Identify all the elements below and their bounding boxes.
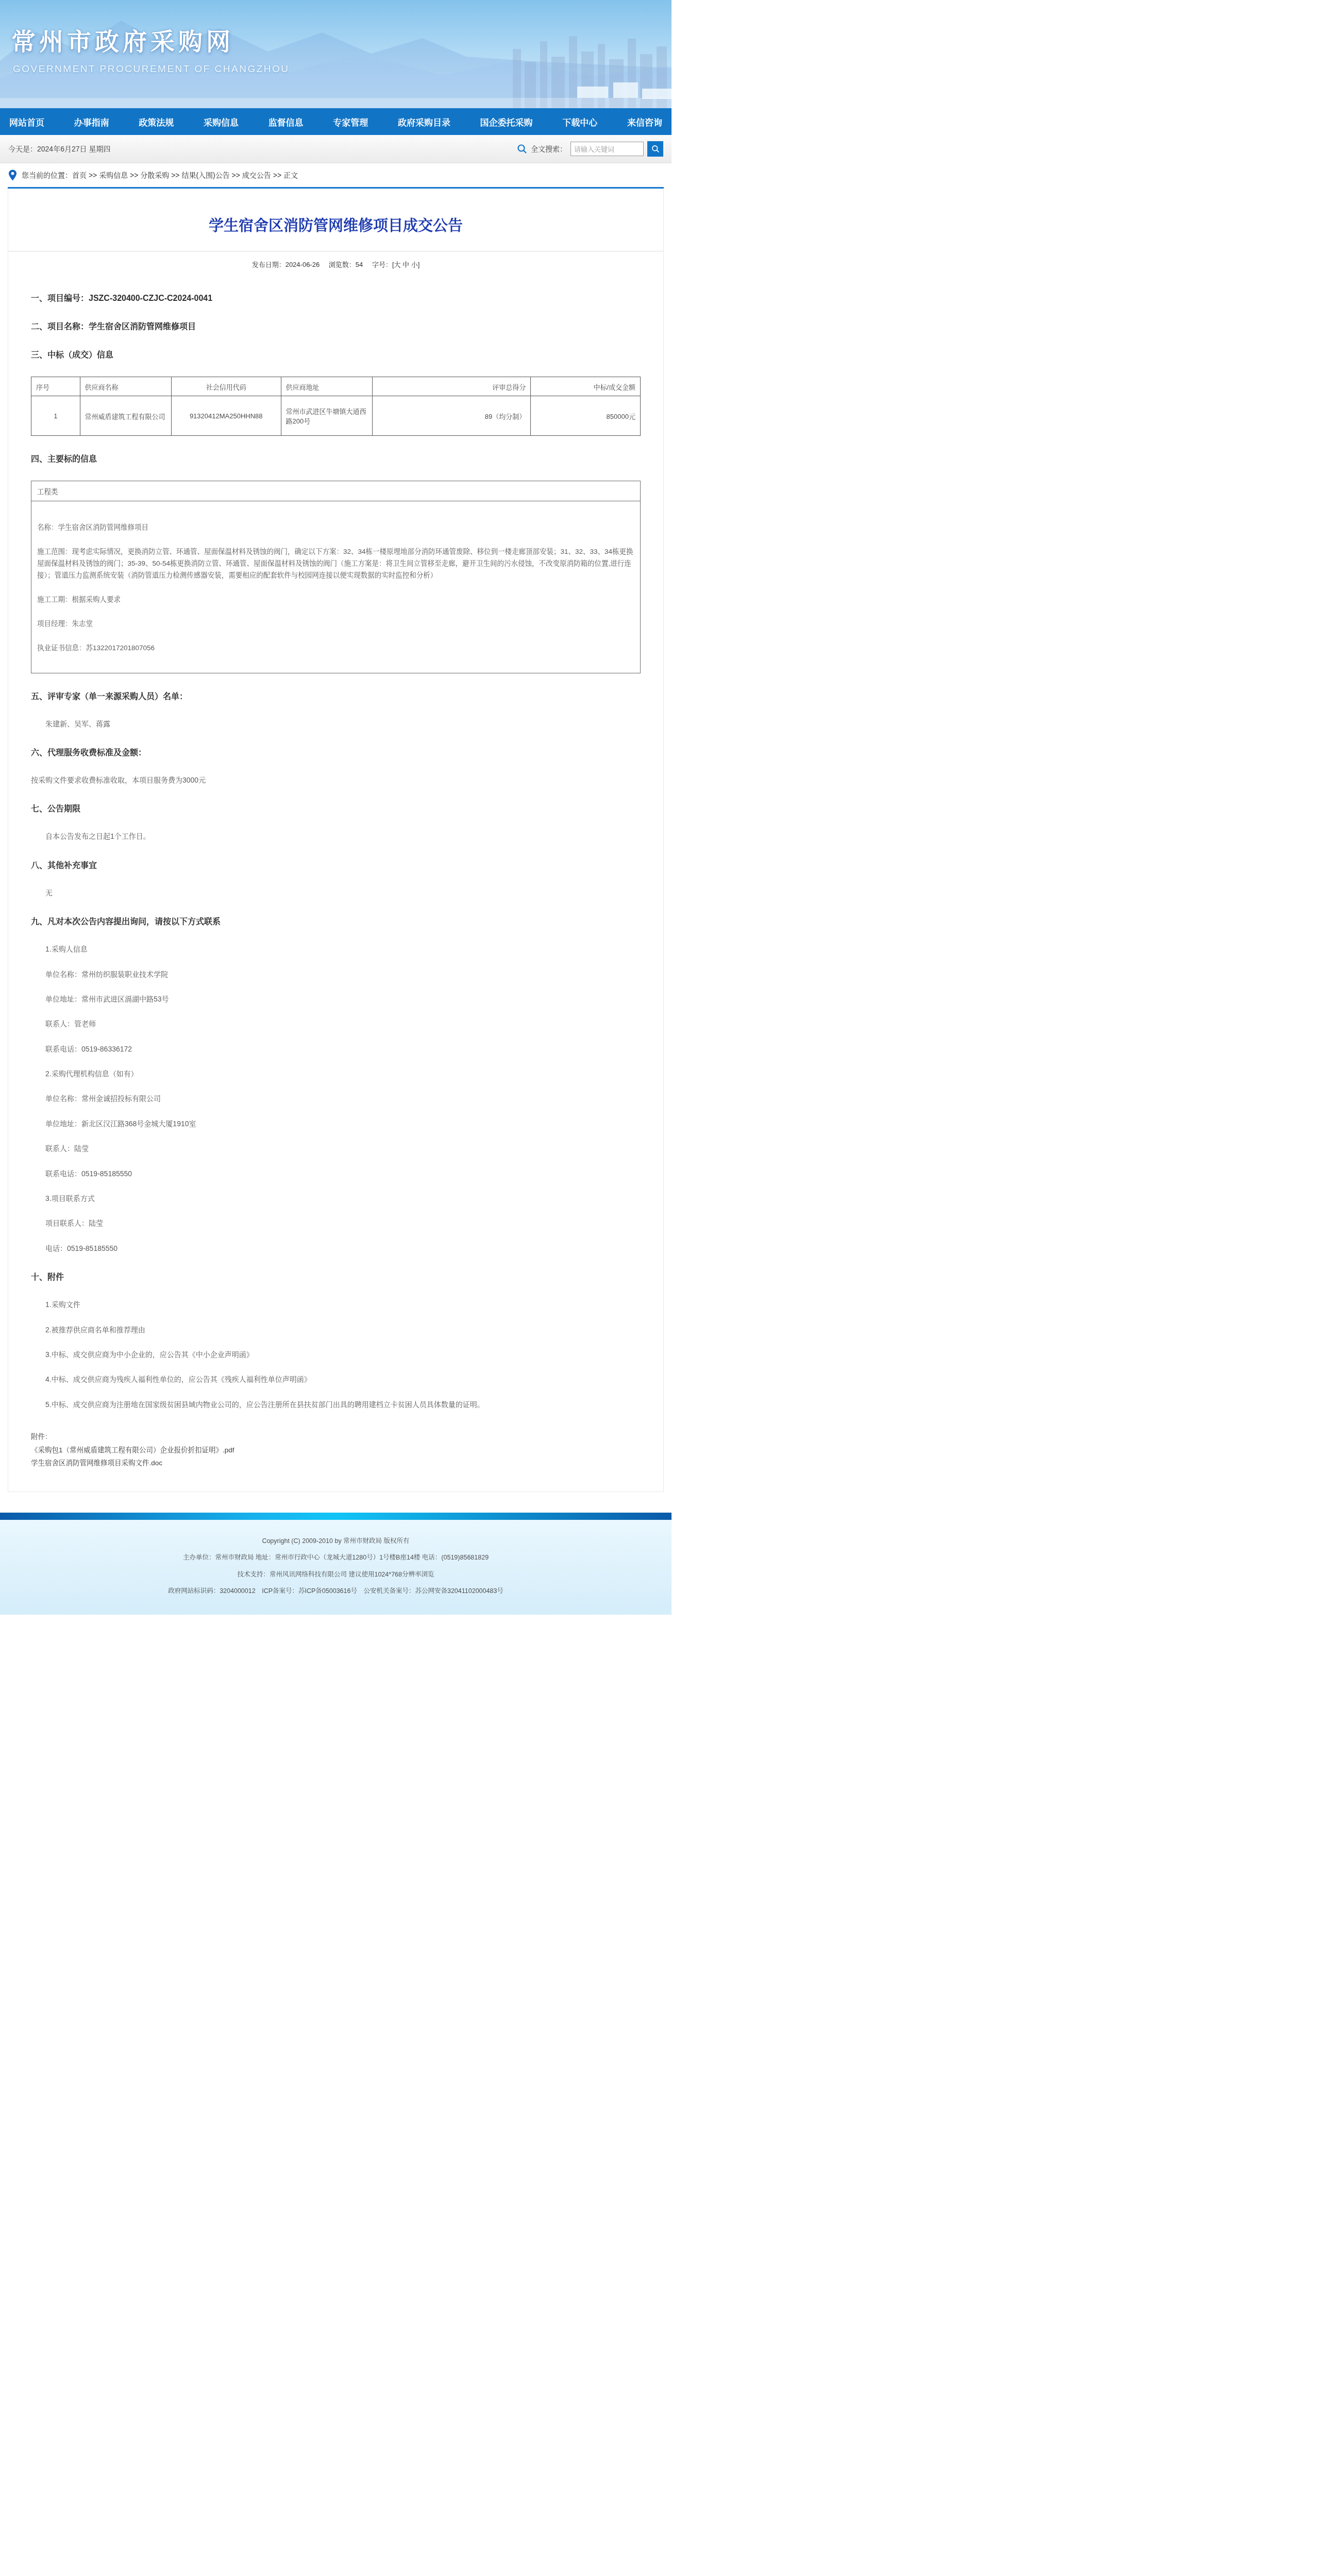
- col-header-address: 供应商地址: [281, 377, 372, 396]
- section-10-heading: 十、附件: [31, 1270, 641, 1282]
- article-container: 学生宿舍区消防管网维修项目成交公告 发布日期：2024-06-26 浏览数：54…: [8, 189, 664, 1492]
- purchaser-info-title: 1.采购人信息: [31, 943, 641, 955]
- nav-item-supervision[interactable]: 监督信息: [268, 115, 304, 128]
- section-3-heading: 三、中标（成交）信息: [31, 348, 641, 360]
- site-subtitle: GOVERNMENT PROCUREMENT OF CHANGZHOU: [13, 64, 290, 75]
- nav-item-guide[interactable]: 办事指南: [74, 115, 109, 128]
- section-6-heading: 六、代理服务收费标准及金额：: [31, 746, 641, 758]
- fulltext-search: 全文搜索：: [517, 141, 663, 157]
- col-header-supplier: 供应商名称: [80, 377, 171, 396]
- agency-phone: 联系电话：0519-85185550: [31, 1168, 641, 1179]
- site-banner: 常州市政府采购网 GOVERNMENT PROCUREMENT OF CHANG…: [0, 0, 671, 108]
- agency-contact: 联系人：陆莹: [31, 1143, 641, 1154]
- search-button[interactable]: [647, 141, 663, 157]
- footer-organizer: 主办单位：常州市财政局 地址：常州市行政中心（龙城大道1280号）1号楼B座14…: [0, 1552, 671, 1563]
- subject-license-line: 执业证书信息：苏1322017201807056: [37, 642, 634, 654]
- expert-names: 朱建新、吴军、蒋露: [31, 718, 641, 730]
- project-contact-name: 项目联系人：陆莹: [31, 1217, 641, 1229]
- section-8-heading: 八、其他补充事宜: [31, 859, 641, 871]
- fontsize-label: 字号：: [372, 261, 392, 268]
- appendix-item-5: 5.中标、成交供应商为注册地在国家级贫困县域内物业公司的，应公告注册所在县扶贫部…: [31, 1399, 641, 1410]
- section-7-heading: 七、公告期限: [31, 802, 641, 814]
- agency-info-title: 2.采购代理机构信息（如有）: [31, 1068, 641, 1079]
- breadcrumb-label: 您当前的位置：: [22, 170, 72, 180]
- breadcrumb: 您当前的位置： 首页 >> 采购信息 >> 分散采购 >> 结果(入围)公告 >…: [0, 163, 671, 187]
- article-meta: 发布日期：2024-06-26 浏览数：54 字号：[大 中 小]: [31, 251, 641, 269]
- breadcrumb-path[interactable]: 首页 >> 采购信息 >> 分散采购 >> 结果(入围)公告 >> 成交公告 >…: [72, 170, 298, 180]
- nav-item-soe-entrusted[interactable]: 国企委托采购: [480, 115, 533, 128]
- cell-amount: 850000元: [531, 396, 641, 436]
- subject-details: 名称：学生宿舍区消防管网维修项目 施工范围：现考虑实际情况，更换消防立管、环通管…: [31, 501, 640, 673]
- cell-score: 89（均分制）: [372, 396, 530, 436]
- purchaser-contact: 联系人：管老师: [31, 1018, 641, 1029]
- col-header-credit-code: 社会信用代码: [171, 377, 281, 396]
- attachment-file-pdf[interactable]: 《采购包1（常州威盾建筑工程有限公司）企业报价折扣证明》.pdf: [31, 1444, 641, 1454]
- section-9-heading: 九、凡对本次公告内容提出询问，请按以下方式联系: [31, 915, 641, 927]
- current-date-text: 今天是：2024年6月27日 星期四: [8, 144, 110, 154]
- info-bar: 今天是：2024年6月27日 星期四 全文搜索：: [0, 135, 671, 163]
- nav-item-policies[interactable]: 政策法规: [139, 115, 174, 128]
- fontsize-options[interactable]: [大 中 小]: [392, 261, 419, 268]
- purchaser-phone: 联系电话：0519-86336172: [31, 1043, 641, 1055]
- search-ring-icon: [517, 144, 527, 154]
- section-4-heading: 四、主要标的信息: [31, 452, 641, 464]
- search-input[interactable]: [570, 142, 644, 156]
- search-icon: [651, 145, 660, 153]
- appendix-item-4: 4.中标、成交供应商为残疾人福利性单位的，应公告其《残疾人福利性单位声明函》: [31, 1374, 641, 1385]
- footer-registration: 政府网站标识码：3204000012 ICP备案号：苏ICP备05003616号…: [0, 1586, 671, 1597]
- appendix-item-2: 2.被推荐供应商名单和推荐理由: [31, 1324, 641, 1335]
- view-count: 浏览数：54: [329, 261, 363, 268]
- other-matters-text: 无: [31, 887, 641, 899]
- table-header-row: 序号 供应商名称 社会信用代码 供应商地址 评审总得分 中标/成交金额: [31, 377, 641, 396]
- nav-item-catalog[interactable]: 政府采购目录: [398, 115, 450, 128]
- section-5-heading: 五、评审专家（单一来源采购人员）名单：: [31, 690, 641, 702]
- announcement-period-text: 自本公告发布之日起1个工作日。: [31, 831, 641, 842]
- nav-item-experts[interactable]: 专家管理: [333, 115, 368, 128]
- cell-address: 常州市武进区牛塘镇大通西路200号: [281, 396, 372, 436]
- appendix-item-1: 1.采购文件: [31, 1299, 641, 1310]
- footer-accent-bar: [0, 1513, 671, 1520]
- attachments-label: 附件：: [31, 1431, 641, 1441]
- nav-item-downloads[interactable]: 下载中心: [562, 115, 597, 128]
- purchaser-name: 单位名称：常州纺织服装职业技术学院: [31, 969, 641, 980]
- agency-address: 单位地址：新北区汉江路368号金城大厦1910室: [31, 1118, 641, 1129]
- subject-name-line: 名称：学生宿舍区消防管网维修项目: [37, 522, 634, 534]
- section-2-heading: 二、项目名称：学生宿舍区消防管网维修项目: [31, 320, 641, 332]
- nav-item-inquiries[interactable]: 来信咨询: [627, 115, 662, 128]
- award-table: 序号 供应商名称 社会信用代码 供应商地址 评审总得分 中标/成交金额 1 常州…: [31, 377, 641, 436]
- site-title: 常州市政府采购网: [11, 23, 234, 57]
- subject-manager-line: 项目经理：朱志堂: [37, 618, 634, 630]
- footer-tech-support: 技术支持：常州风讯网络科技有限公司 建议使用1024*768分辨率浏览: [0, 1569, 671, 1580]
- appendix-item-3: 3.中标、成交供应商为中小企业的，应公告其《中小企业声明函》: [31, 1349, 641, 1360]
- nav-item-procurement-info[interactable]: 采购信息: [204, 115, 239, 128]
- subject-category: 工程类: [31, 481, 640, 501]
- purchaser-address: 单位地址：常州市武进区滆湖中路53号: [31, 993, 641, 1005]
- attachment-file-doc[interactable]: 学生宿舍区消防管网维修项目采购文件.doc: [31, 1457, 641, 1467]
- section-1-heading: 一、项目编号：JSZC-320400-CZJC-C2024-0041: [31, 292, 641, 303]
- location-pin-icon: [8, 170, 17, 181]
- cell-supplier: 常州威盾建筑工程有限公司: [80, 396, 171, 436]
- search-label: 全文搜索：: [531, 144, 567, 154]
- table-row: 1 常州威盾建筑工程有限公司 91320412MA250HHN88 常州市武进区…: [31, 396, 641, 436]
- col-header-amount: 中标/成交金额: [531, 377, 641, 396]
- subject-scope-line: 施工范围：现考虑实际情况，更换消防立管、环通管、屋面保温材料及锈蚀的阀门，确定以…: [37, 546, 634, 582]
- main-nav: 网站首页 办事指南 政策法规 采购信息 监督信息 专家管理 政府采购目录 国企委…: [0, 108, 671, 135]
- col-header-score: 评审总得分: [372, 377, 530, 396]
- page-title: 学生宿舍区消防管网维修项目成交公告: [31, 189, 641, 251]
- subject-info-box: 工程类 名称：学生宿舍区消防管网维修项目 施工范围：现考虑实际情况，更换消防立管…: [31, 481, 641, 673]
- nav-item-home[interactable]: 网站首页: [9, 115, 44, 128]
- col-header-index: 序号: [31, 377, 80, 396]
- cell-index: 1: [31, 396, 80, 436]
- page-footer: Copyright (C) 2009-2010 by 常州市财政局 版权所有 主…: [0, 1520, 671, 1615]
- project-contact-phone: 电话：0519-85185550: [31, 1243, 641, 1254]
- project-contact-title: 3.项目联系方式: [31, 1193, 641, 1204]
- agency-name: 单位名称：常州金诚招投标有限公司: [31, 1093, 641, 1104]
- publish-date: 发布日期：2024-06-26: [252, 261, 320, 268]
- footer-copyright: Copyright (C) 2009-2010 by 常州市财政局 版权所有: [0, 1536, 671, 1547]
- subject-period-line: 施工工期：根据采购人要求: [37, 594, 634, 606]
- cell-credit-code: 91320412MA250HHN88: [171, 396, 281, 436]
- agency-fee-text: 按采购文件要求收费标准收取，本项目服务费为3000元: [31, 774, 641, 786]
